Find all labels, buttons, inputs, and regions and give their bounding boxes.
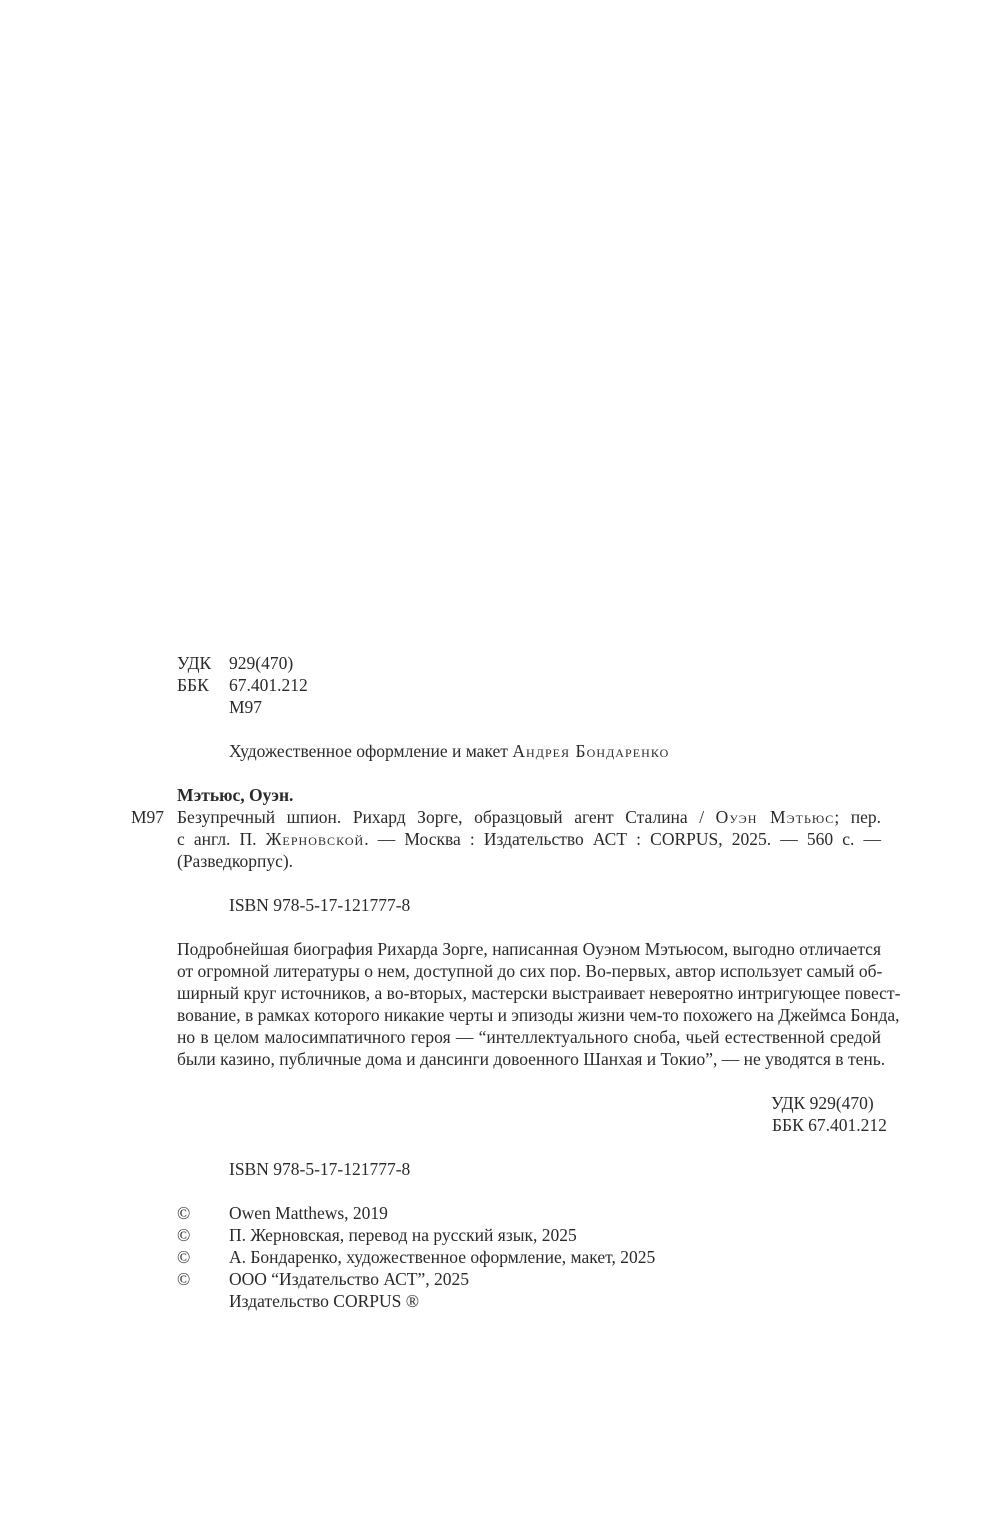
copyright-text: А. Бондаренко, художественное оформление… — [229, 1246, 655, 1268]
udk-value: 929(470) — [229, 652, 293, 674]
record-line-2: с англ. П. Жерновской. — Москва : Издате… — [177, 828, 881, 850]
record-line-1: Безупречный шпион. Рихард Зорге, образцо… — [177, 806, 881, 828]
publisher-imprint: Издательство CORPUS ® — [229, 1290, 419, 1312]
translator-prefix: с англ. П. — [177, 829, 257, 849]
designer-name: Андрея Бондаренко — [512, 741, 669, 761]
record-author-mark: М97 — [131, 806, 164, 828]
isbn: ISBN 978-5-17-121777-8 — [229, 894, 410, 916]
copyright-symbol: © — [177, 1246, 190, 1268]
annotation-line: ширный круг источников, а во-вторых, мас… — [177, 982, 881, 1004]
copyright-text: ООО “Издательство АСТ”, 2025 — [229, 1268, 469, 1290]
title-statement: Безупречный шпион. Рихард Зорге, образцо… — [177, 807, 704, 827]
series-name: (Разведкорпус). — [177, 850, 293, 872]
right-udk: УДК 929(470) — [771, 1092, 874, 1114]
annotation-line: но в целом малосимпатичного героя — “инт… — [177, 1026, 881, 1048]
udk-label: УДК — [177, 652, 211, 674]
bbk-label: ББК — [177, 674, 209, 696]
design-credit-prefix: Художественное оформление и макет — [229, 741, 508, 761]
annotation-line: вование, в рамках которого никакие черты… — [177, 1004, 881, 1026]
author-heading: Мэтьюс, Оуэн. — [177, 784, 293, 806]
annotation-line: Подробнейшая биография Рихарда Зорге, на… — [177, 938, 881, 960]
copyright-symbol: © — [177, 1202, 190, 1224]
publication-info: . — Москва : Издательство АСТ : CORPUS, … — [364, 829, 881, 849]
annotation-line: от огромной литературы о нем, доступной … — [177, 960, 881, 982]
design-credit: Художественное оформление и макет Андрея… — [229, 740, 669, 762]
copyright-symbol: © — [177, 1224, 190, 1246]
author-name: Оуэн Мэтьюс — [716, 807, 835, 827]
right-bbk: ББК 67.401.212 — [772, 1114, 887, 1136]
copyright-symbol: © — [177, 1268, 190, 1290]
bbk-value: 67.401.212 — [229, 674, 308, 696]
copyright-text: П. Жерновская, перевод на русский язык, … — [229, 1224, 577, 1246]
translator-name: Жерновской — [266, 829, 365, 849]
isbn-repeat: ISBN 978-5-17-121777-8 — [229, 1158, 410, 1180]
author-mark: М97 — [229, 696, 262, 718]
translation-note: ; пер. — [834, 807, 881, 827]
copyright-text: Owen Matthews, 2019 — [229, 1202, 388, 1224]
annotation-line: были казино, публичные дома и дансинги д… — [177, 1048, 881, 1070]
